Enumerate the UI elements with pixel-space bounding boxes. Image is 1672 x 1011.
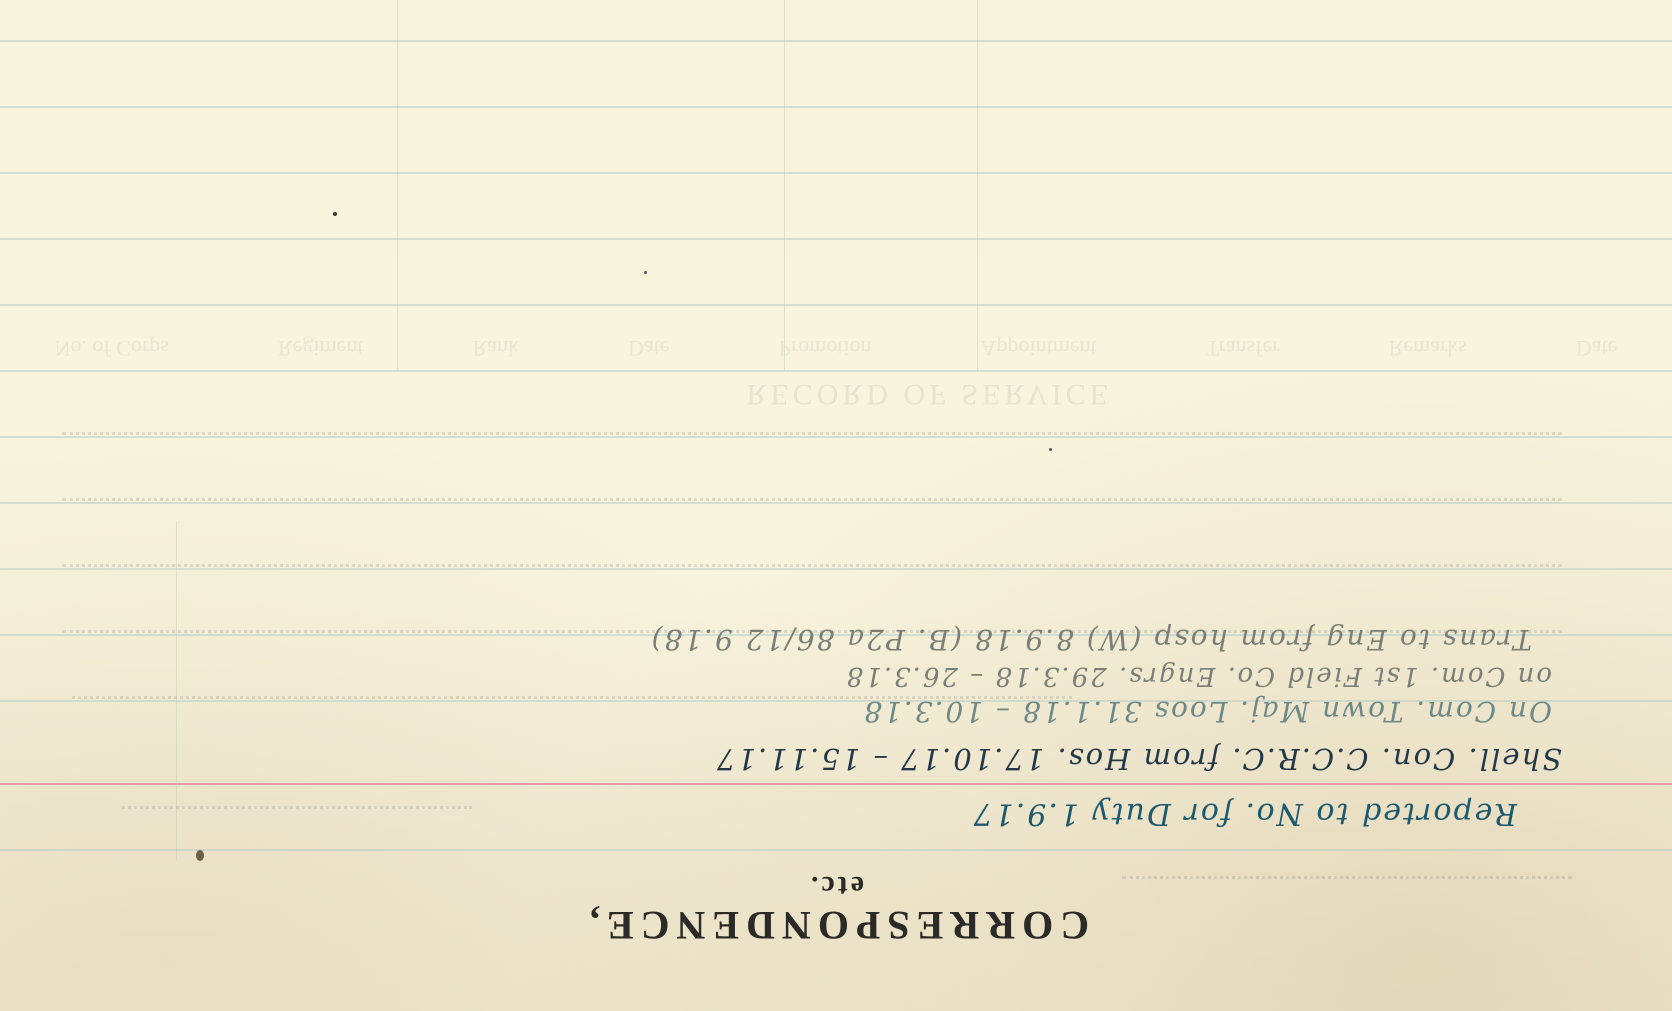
ghost-column-headers: No. of Corps Regiment Rank Date Promotio… (0, 321, 1672, 361)
ghost-column-header: Transfer (1206, 321, 1280, 361)
ghost-section-heading: RECORD OF SERVICE (746, 377, 1112, 411)
ghost-column-header: Rank (473, 321, 519, 361)
column-divider (977, 0, 978, 371)
dotted-leader (122, 806, 472, 811)
ghost-column-header: Appointment (981, 321, 1097, 361)
dotted-leader (62, 564, 1562, 569)
speck (333, 212, 337, 216)
dotted-leader (1122, 876, 1572, 881)
ruled-line (0, 172, 1672, 174)
ruled-line (0, 40, 1672, 42)
card-upright-layer: CORRESPONDENCE, etc. RECORD OF SERVICE N… (0, 0, 1672, 1011)
record-card: CORRESPONDENCE, etc. RECORD OF SERVICE N… (0, 0, 1672, 1011)
handwritten-entry-2: Shell. Con. C.C.R.C. from Hos. 17.10.17 … (715, 742, 1562, 776)
red-margin-line (0, 783, 1672, 785)
column-divider (784, 0, 785, 371)
ruled-line (0, 304, 1672, 306)
speck (1049, 448, 1052, 451)
handwritten-entry-5: Trans to Eng from hosp (W) 8.9.18 (B. P2… (650, 623, 1532, 656)
ghost-column-header: Promotion (779, 321, 872, 361)
ruled-line (0, 238, 1672, 240)
ruled-line (0, 849, 1672, 851)
dotted-leader (62, 498, 1562, 503)
ghost-column-header: No. of Corps (55, 321, 169, 361)
dotted-leader (62, 432, 1562, 437)
ghost-column-header: Date (628, 321, 670, 361)
handwritten-entry-1: Reported to No. for Duty 1.9.17 (972, 796, 1517, 831)
ghost-column-header: Regiment (278, 321, 364, 361)
heading-correspondence: CORRESPONDENCE, (0, 902, 1672, 949)
ruled-line (0, 370, 1672, 372)
ink-blot (196, 850, 204, 861)
ruled-line (0, 106, 1672, 108)
ghost-column-header: Date (1576, 321, 1618, 361)
ghost-column-header: Remarks (1389, 321, 1467, 361)
column-divider (397, 0, 398, 371)
handwritten-entry-4: on Com. 1st Field Co. Engrs. 29.3.18 – 2… (845, 661, 1552, 691)
handwritten-entry-3: On Com. Town Maj. Loos 31.1.18 – 10.3.18 (862, 695, 1552, 728)
heading-etc: etc. (0, 869, 1672, 903)
speck (644, 271, 647, 274)
